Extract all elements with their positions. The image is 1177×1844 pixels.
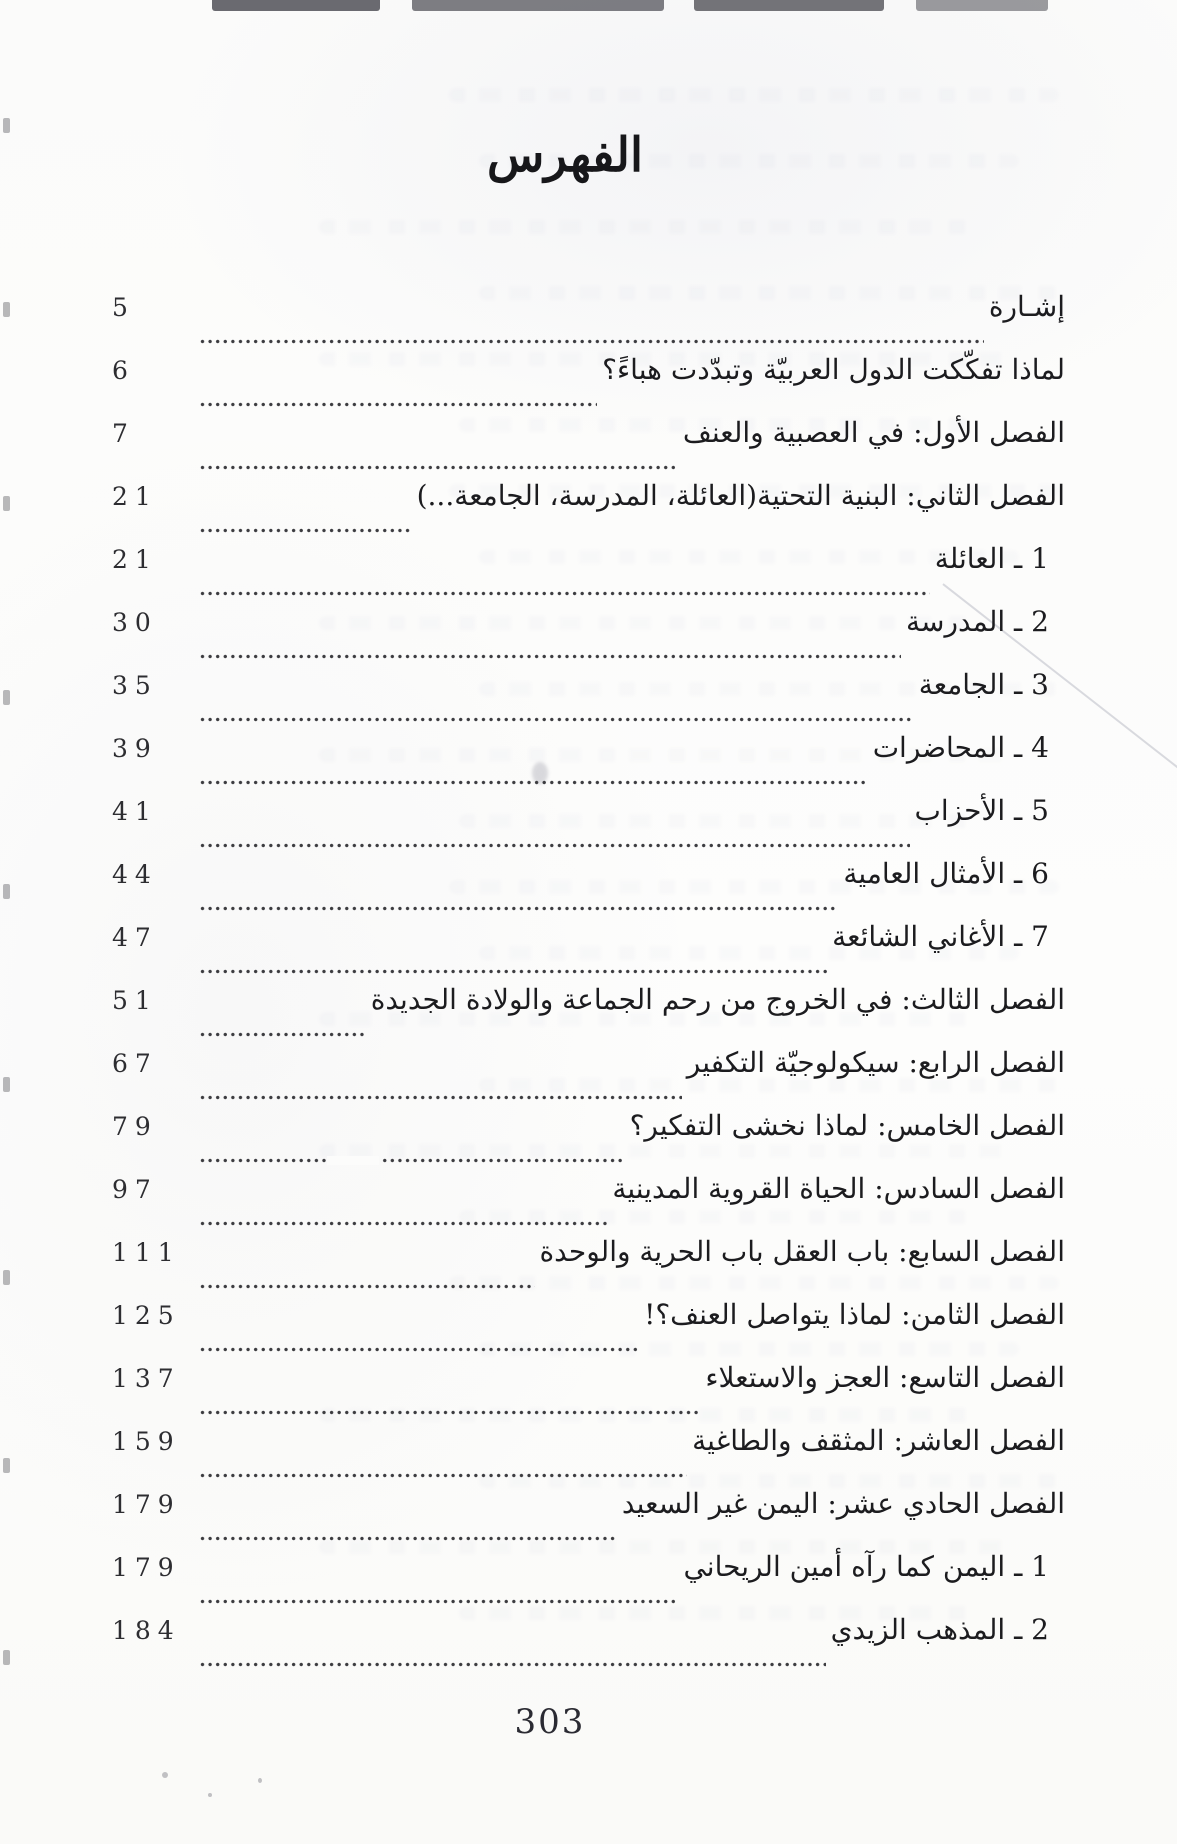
toc-entry-page-number: 44: [112, 861, 194, 889]
toc-entry-label: الفصل الثاني: البنية التحتية(العائلة، ال…: [417, 481, 1065, 512]
toc-entry: 6 ـ الأمثال العامية 44: [112, 859, 1065, 922]
toc-entry: لماذا تفكّكت الدول العربيّة وتبدّدت هباء…: [112, 355, 1065, 418]
dotted-leader: [199, 967, 827, 976]
toc-entry-page-number: 179: [112, 1491, 194, 1519]
toc-entry: الفصل السادس: الحياة القروية المدينية 97: [112, 1174, 1065, 1237]
edge-tick-mark: [3, 884, 10, 899]
toc-entry-label: الفصل الخامس: لماذا نخشى التفكير؟: [630, 1111, 1065, 1142]
toc-entry-page-number: 137: [112, 1365, 194, 1393]
toc-entry-page-number: 125: [112, 1302, 194, 1330]
edge-tick-mark: [3, 690, 10, 705]
scan-edge-artifact: [212, 0, 380, 11]
toc-entry-page-number: 51: [112, 987, 194, 1015]
dust-speck: [258, 1778, 262, 1783]
table-of-contents: إشـارة 5 لماذا تفكّكت الدول العربيّة وتب…: [112, 292, 1065, 1678]
toc-entry-label: الفصل الحادي عشر: اليمن غير السعيد: [622, 1489, 1065, 1520]
toc-entry-page-number: 21: [112, 483, 194, 511]
toc-entry-page-number: 5: [112, 294, 194, 322]
toc-entry-label: لماذا تفكّكت الدول العربيّة وتبدّدت هباء…: [602, 355, 1065, 386]
dotted-leader: [199, 1660, 826, 1669]
dotted-leader: [199, 1534, 617, 1543]
toc-entry: الفصل الحادي عشر: اليمن غير السعيد 179: [112, 1489, 1065, 1552]
toc-entry-label: الفصل السابع: باب العقل باب الحرية والوح…: [540, 1237, 1065, 1268]
toc-entry: الفصل العاشر: المثقف والطاغية 159: [112, 1426, 1065, 1489]
toc-entry-label: الفصل الثامن: لماذا يتواصل العنف؟!: [644, 1300, 1065, 1331]
dust-speck: [208, 1793, 212, 1797]
toc-entry: 4 ـ المحاضرات 39: [112, 733, 1065, 796]
scanned-book-page: الفهرس إشـارة 5 لماذا تفكّكت الدول العرب…: [0, 0, 1177, 1844]
page-title: الفهرس: [0, 128, 1130, 183]
toc-entry-page-number: 79: [112, 1113, 194, 1141]
dotted-leader: [199, 1156, 625, 1165]
dotted-leader: [199, 463, 678, 472]
toc-entry-label: 7 ـ الأغاني الشائعة: [832, 922, 1065, 953]
dotted-leader: [199, 1219, 607, 1228]
toc-entry-label: 2 ـ المذهب الزيدي: [831, 1615, 1065, 1646]
dotted-leader: [199, 400, 597, 409]
dotted-leader: [199, 904, 838, 913]
edge-tick-mark: [3, 1270, 10, 1285]
toc-entry-label: 6 ـ الأمثال العامية: [843, 859, 1065, 890]
toc-entry-page-number: 7: [112, 420, 194, 448]
toc-entry-page-number: 21: [112, 546, 194, 574]
edge-tick-mark: [3, 1458, 10, 1473]
scan-edge-artifact: [694, 0, 884, 11]
toc-entry-page-number: 184: [112, 1617, 194, 1645]
toc-entry-page-number: 179: [112, 1554, 194, 1582]
edge-tick-mark: [3, 1077, 10, 1092]
dotted-leader: [199, 1030, 366, 1039]
toc-entry-label: 5 ـ الأحزاب: [915, 796, 1065, 827]
dotted-leader: [199, 1471, 687, 1480]
toc-entry-page-number: 39: [112, 735, 194, 763]
toc-entry: الفصل الثالث: في الخروج من رحم الجماعة و…: [112, 985, 1065, 1048]
dotted-leader: [199, 778, 868, 787]
edge-tick-mark: [3, 302, 10, 317]
dotted-leader: [199, 526, 412, 535]
dotted-leader: [199, 337, 984, 346]
toc-entry-page-number: 97: [112, 1176, 194, 1204]
toc-entry-page-number: 67: [112, 1050, 194, 1078]
toc-entry-label: إشـارة: [989, 292, 1065, 323]
toc-entry: 2 ـ المذهب الزيدي 184: [112, 1615, 1065, 1678]
toc-entry-page-number: 35: [112, 672, 194, 700]
bleed-through-line: [319, 220, 979, 234]
toc-entry-label: الفصل العاشر: المثقف والطاغية: [692, 1426, 1065, 1457]
toc-entry-label: 1 ـ اليمن كما رآه أمين الريحاني: [683, 1552, 1065, 1583]
toc-entry: الفصل الثامن: لماذا يتواصل العنف؟! 125: [112, 1300, 1065, 1363]
toc-entry-label: 3 ـ الجامعة: [919, 670, 1065, 701]
toc-entry-page-number: 41: [112, 798, 194, 826]
toc-entry: الفصل السابع: باب العقل باب الحرية والوح…: [112, 1237, 1065, 1300]
dotted-leader: [199, 652, 901, 661]
edge-tick-mark: [3, 496, 10, 511]
footer-page-number: 303: [0, 1702, 1100, 1742]
edge-tick-mark: [3, 1650, 10, 1665]
dotted-leader: [199, 1408, 700, 1417]
toc-entry: 7 ـ الأغاني الشائعة 47: [112, 922, 1065, 985]
toc-entry: إشـارة 5: [112, 292, 1065, 355]
dotted-leader: [199, 589, 930, 598]
toc-entry: 1 ـ اليمن كما رآه أمين الريحاني 179: [112, 1552, 1065, 1615]
toc-entry: 2 ـ المدرسة 30: [112, 607, 1065, 670]
scan-edge-artifact: [412, 0, 664, 11]
toc-entry-label: الفصل الرابع: سيكولوجيّة التكفير: [687, 1048, 1065, 1079]
toc-entry: الفصل الأول: في العصبية والعنف 7: [112, 418, 1065, 481]
toc-entry-label: 1 ـ العائلة: [935, 544, 1065, 575]
toc-entry-label: 4 ـ المحاضرات: [873, 733, 1065, 764]
toc-entry: 3 ـ الجامعة 35: [112, 670, 1065, 733]
toc-entry-label: الفصل السادس: الحياة القروية المدينية: [612, 1174, 1065, 1205]
toc-entry-label: 2 ـ المدرسة: [906, 607, 1065, 638]
toc-entry: الفصل الخامس: لماذا نخشى التفكير؟ 79: [112, 1111, 1065, 1174]
toc-entry: 5 ـ الأحزاب 41: [112, 796, 1065, 859]
dotted-leader: [199, 841, 910, 850]
dotted-leader: [199, 1093, 682, 1102]
bleed-through-line: [449, 88, 1059, 102]
toc-entry: 1 ـ العائلة 21: [112, 544, 1065, 607]
toc-entry-page-number: 6: [112, 357, 194, 385]
scan-edge-artifact: [916, 0, 1048, 11]
dotted-leader: [199, 715, 914, 724]
toc-entry-page-number: 30: [112, 609, 194, 637]
toc-entry: الفصل التاسع: العجز والاستعلاء 137: [112, 1363, 1065, 1426]
toc-entry: الفصل الثاني: البنية التحتية(العائلة، ال…: [112, 481, 1065, 544]
dust-speck: [162, 1772, 168, 1778]
toc-entry-label: الفصل التاسع: العجز والاستعلاء: [705, 1363, 1065, 1394]
toc-entry-page-number: 159: [112, 1428, 194, 1456]
toc-entry-label: الفصل الأول: في العصبية والعنف: [683, 418, 1065, 449]
toc-entry-page-number: 47: [112, 924, 194, 952]
toc-entry-page-number: 111: [112, 1239, 194, 1267]
dotted-leader: [199, 1282, 535, 1291]
toc-entry-label: الفصل الثالث: في الخروج من رحم الجماعة و…: [371, 985, 1065, 1016]
dotted-leader: [199, 1345, 639, 1354]
dotted-leader: [199, 1597, 678, 1606]
toc-entry: الفصل الرابع: سيكولوجيّة التكفير 67: [112, 1048, 1065, 1111]
